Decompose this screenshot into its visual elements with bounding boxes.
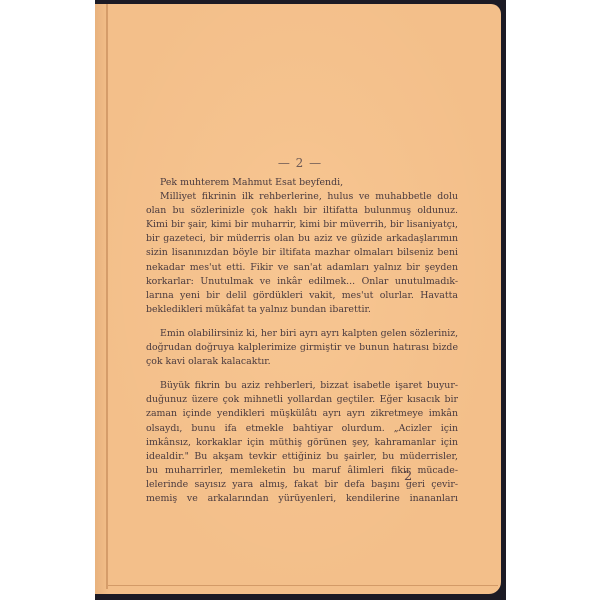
text-line: duğunuz üzere çok mihnetli yollardan geç… xyxy=(146,393,458,407)
text-line: olan bu sözlerinizle çok haklı bir iltif… xyxy=(146,204,458,218)
text-line: Milliyet fikrinin ilk rehberlerine, hulu… xyxy=(146,190,458,204)
paragraph-1: Milliyet fikrinin ilk rehberlerine, hulu… xyxy=(146,190,458,317)
text-line: bir gazeteci, bir müderris olan bu aziz … xyxy=(146,232,458,246)
text-line: doğrudan doğruya kalplerimize girmiştir … xyxy=(146,341,458,355)
letter-body: Pek muhterem Mahmut Esat beyfendi, Milli… xyxy=(146,176,458,506)
page-footer-number: 2 xyxy=(404,469,412,484)
page-gutter-fold xyxy=(106,4,108,589)
text-line: memiş ve arkalarından yürüyenleri, kendi… xyxy=(146,492,458,506)
text-line: çok kavi olarak kalacaktır. xyxy=(146,355,458,369)
text-line: korkarlar: Unutulmak ve inkâr edilmek...… xyxy=(146,275,458,289)
text-line: olsaydı, bunu ifa etmekle bahtiyar olurd… xyxy=(146,422,458,436)
text-line: Emin olabilirsiniz ki, her biri ayrı ayr… xyxy=(146,327,458,341)
paragraph-2: Emin olabilirsiniz ki, her biri ayrı ayr… xyxy=(146,327,458,369)
text-line: zaman içinde yendikleri müşkülâtı ayrı a… xyxy=(146,407,458,421)
paragraph-3: Büyük fikrin bu aziz rehberleri, bizzat … xyxy=(146,379,458,506)
text-line: imkânsız, korkaklar için müthiş görünen … xyxy=(146,436,458,450)
text-line: sizin lisanınızdan böyle bir iltifata ma… xyxy=(146,246,458,260)
text-line: bekledikleri mükâfat ta yalnız bundan ib… xyxy=(146,303,458,317)
text-line: nekadar mes'ut etti. Fikir ve san'at ada… xyxy=(146,261,458,275)
salutation: Pek muhterem Mahmut Esat beyfendi, xyxy=(146,176,458,190)
page-bottom-edge xyxy=(108,585,498,586)
page-header-number: — 2 — xyxy=(0,156,600,170)
text-line: Büyük fikrin bu aziz rehberleri, bizzat … xyxy=(146,379,458,393)
text-line: larına yeni bir delil gördükleri vakit, … xyxy=(146,289,458,303)
text-line: idealdir." Bu akşam tevkir ettiğiniz bu … xyxy=(146,450,458,464)
text-line: Kimi bir şair, kimi bir muharrir, kimi b… xyxy=(146,218,458,232)
